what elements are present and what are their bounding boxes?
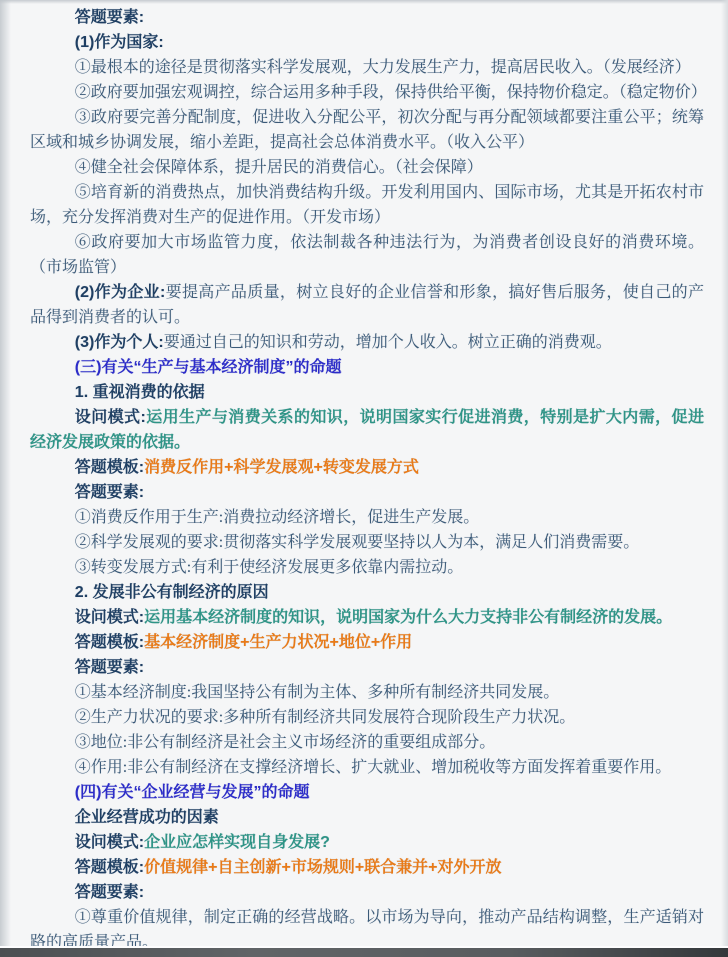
paragraph-text: 消费反作用+科学发展观+转变发展方式 — [144, 459, 419, 476]
paragraph: 答题要素: — [30, 880, 704, 905]
paragraph-text: ②生产力状况的要求:多种所有制经济共同发展符合现阶段生产力状况。 — [75, 709, 575, 726]
paragraph-label: (3)作为个人: — [75, 334, 164, 351]
paragraph-text: ④作用:非公有制经济在支撑经济增长、扩大就业、增加税收等方面发挥着重要作用。 — [75, 759, 671, 776]
paragraph: 答题要素: — [30, 480, 704, 505]
paragraph: ④健全社会保障体系，提升居民的消费信心。（社会保障） — [30, 155, 704, 180]
document-page: 答题要素:(1)作为国家:①最根本的途径是贯彻落实科学发展观，大力发展生产力，提… — [0, 5, 728, 955]
paragraph-text: ①基本经济制度:我国坚持公有制为主体、多种所有制经济共同发展。 — [75, 684, 559, 701]
paragraph-text: 答题要素: — [75, 484, 144, 501]
paragraph: (2)作为企业:要提高产品质量，树立良好的企业信誉和形象，搞好售后服务，使自己的… — [30, 280, 704, 330]
paragraph-label: 设问模式: — [75, 409, 146, 426]
paragraph: ③地位:非公有制经济是社会主义市场经济的重要组成部分。 — [30, 730, 704, 755]
paragraph-text: 答题要素: — [75, 9, 144, 26]
paragraph-text: ④健全社会保障体系，提升居民的消费信心。（社会保障） — [75, 159, 483, 176]
paragraph: ②科学发展观的要求:贯彻落实科学发展观要坚持以人为本，满足人们消费需要。 — [30, 530, 704, 555]
paragraph-text: ⑥政府要加大市场监管力度，依法制裁各种违法行为，为消费者创设良好的消费环境。（市… — [30, 234, 704, 276]
paragraph-text: ②科学发展观的要求:贯彻落实科学发展观要坚持以人为本，满足人们消费需要。 — [75, 534, 639, 551]
paragraph: ②政府要加强宏观调控，综合运用多种手段，保持供给平衡，保持物价稳定。（稳定物价） — [30, 80, 704, 105]
paragraph-text: ②政府要加强宏观调控，综合运用多种手段，保持供给平衡，保持物价稳定。（稳定物价） — [75, 84, 707, 101]
paragraph: 企业经营成功的因素 — [30, 805, 704, 830]
paragraph-text: 2. 发展非公有制经济的原因 — [75, 584, 269, 601]
paragraph: ⑥政府要加大市场监管力度，依法制裁各种违法行为，为消费者创设良好的消费环境。（市… — [30, 230, 704, 280]
paragraph: 2. 发展非公有制经济的原因 — [30, 580, 704, 605]
paragraph: 1. 重视消费的依据 — [30, 380, 704, 405]
paragraph-text: 1. 重视消费的依据 — [75, 384, 205, 401]
bottom-scan-bar — [0, 948, 728, 957]
paragraph: 答题要素: — [30, 5, 704, 30]
paragraph: ③政府要完善分配制度，促进收入分配公平，初次分配与再分配领域都要注重公平；统筹区… — [30, 105, 704, 155]
right-edge-shadow — [721, 0, 728, 957]
paragraph: 设问模式:运用生产与消费关系的知识，说明国家实行促进消费，特别是扩大内需，促进经… — [30, 405, 704, 455]
paragraph-text: 答题要素: — [75, 884, 144, 901]
paragraph-text: (四)有关“企业经营与发展”的命题 — [75, 784, 310, 801]
top-edge-line — [0, 0, 728, 4]
paragraph: 答题模板:消费反作用+科学发展观+转变发展方式 — [30, 455, 704, 480]
paragraph: 答题模板:基本经济制度+生产力状况+地位+作用 — [30, 630, 704, 655]
paragraph-text: ③政府要完善分配制度，促进收入分配公平，初次分配与再分配领域都要注重公平；统筹区… — [30, 109, 704, 151]
paragraph: (四)有关“企业经营与发展”的命题 — [30, 780, 704, 805]
paragraph-text: ①消费反作用于生产:消费拉动经济增长，促进生产发展。 — [75, 509, 479, 526]
paragraph-label: 答题模板: — [75, 859, 144, 876]
paragraph-text: ③转变发展方式:有利于使经济发展更多依靠内需拉动。 — [75, 559, 463, 576]
paragraph: (三)有关“生产与基本经济制度”的命题 — [30, 355, 704, 380]
paragraph-text: 价值规律+自主创新+市场规则+联合兼并+对外开放 — [144, 859, 501, 876]
paragraph: ③转变发展方式:有利于使经济发展更多依靠内需拉动。 — [30, 555, 704, 580]
paragraph: ①消费反作用于生产:消费拉动经济增长，促进生产发展。 — [30, 505, 704, 530]
paragraph: ①最根本的途径是贯彻落实科学发展观，大力发展生产力，提高居民收入。（发展经济） — [30, 55, 704, 80]
paragraph-text: 企业应怎样实现自身发展? — [144, 834, 330, 851]
paragraph: 设问模式:企业应怎样实现自身发展? — [30, 830, 704, 855]
paragraph: ②生产力状况的要求:多种所有制经济共同发展符合现阶段生产力状况。 — [30, 705, 704, 730]
paragraph: 答题模板:价值规律+自主创新+市场规则+联合兼并+对外开放 — [30, 855, 704, 880]
paragraph: ①基本经济制度:我国坚持公有制为主体、多种所有制经济共同发展。 — [30, 680, 704, 705]
paragraph-text: 企业经营成功的因素 — [75, 809, 219, 826]
paragraph-label: (2)作为企业: — [75, 284, 166, 301]
paragraph-text: ③地位:非公有制经济是社会主义市场经济的重要组成部分。 — [75, 734, 495, 751]
paragraph-text: (三)有关“生产与基本经济制度”的命题 — [75, 359, 342, 376]
paragraph-text: 基本经济制度+生产力状况+地位+作用 — [144, 634, 412, 651]
paragraph: ④作用:非公有制经济在支撑经济增长、扩大就业、增加税收等方面发挥着重要作用。 — [30, 755, 704, 780]
paragraph-text: 要通过自己的知识和劳动，增加个人收入。树立正确的消费观。 — [164, 334, 612, 351]
paragraph: (3)作为个人:要通过自己的知识和劳动，增加个人收入。树立正确的消费观。 — [30, 330, 704, 355]
paragraph-text: (1)作为国家: — [75, 34, 164, 51]
paragraph-label: 设问模式: — [75, 609, 144, 626]
paragraph-text: ①尊重价值规律，制定正确的经营战略。以市场为导向，推动产品结构调整，生产适销对路… — [30, 909, 704, 951]
paragraph-label: 设问模式: — [75, 834, 144, 851]
paragraph-text: 答题要素: — [75, 659, 144, 676]
paragraph-text: ⑤培育新的消费热点，加快消费结构升级。开发利用国内、国际市场，尤其是开拓农村市场… — [30, 184, 704, 226]
left-edge-shadow — [0, 0, 11, 957]
paragraph-text: ①最根本的途径是贯彻落实科学发展观，大力发展生产力，提高居民收入。（发展经济） — [75, 59, 691, 76]
paragraph-text: 运用基本经济制度的知识，说明国家为什么大力支持非公有制经济的发展。 — [144, 609, 672, 626]
paragraph: 答题要素: — [30, 655, 704, 680]
screenshot-root: 答题要素:(1)作为国家:①最根本的途径是贯彻落实科学发展观，大力发展生产力，提… — [0, 0, 728, 957]
paragraph-label: 答题模板: — [75, 634, 144, 651]
paragraph: (1)作为国家: — [30, 30, 704, 55]
paragraph-label: 答题模板: — [75, 459, 144, 476]
paragraph: ⑤培育新的消费热点，加快消费结构升级。开发利用国内、国际市场，尤其是开拓农村市场… — [30, 180, 704, 230]
paragraph: 设问模式:运用基本经济制度的知识，说明国家为什么大力支持非公有制经济的发展。 — [30, 605, 704, 630]
